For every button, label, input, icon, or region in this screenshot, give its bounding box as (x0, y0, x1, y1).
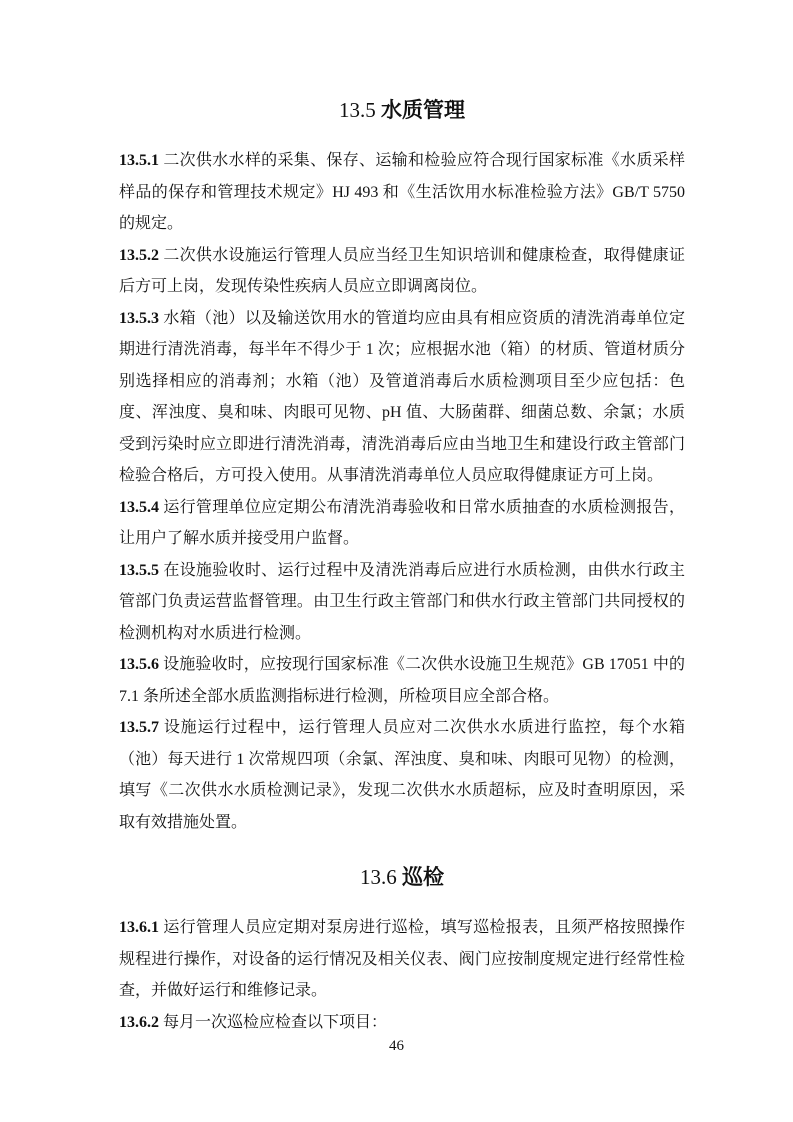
section-title: 13.6 巡检 (119, 863, 685, 891)
section-13-5: 13.5 水质管理 13.5.1 二次供水水样的采集、保存、运输和检验应符合现行… (119, 96, 685, 838)
paragraph: 13.5.7 设施运行过程中，运行管理人员应对二次供水水质进行监控，每个水箱（池… (119, 712, 685, 838)
section-13-6: 13.6 巡检 13.6.1 运行管理人员应定期对泵房进行巡检，填写巡检报表，且… (119, 863, 685, 1038)
section-number: 13.6 (360, 865, 397, 889)
clause-text: 水箱（池）以及输送饮用水的管道均应由具有相应资质的清洗消毒单位定期进行清洗消毒，… (119, 310, 685, 485)
clause-text: 二次供水设施运行管理人员应当经卫生知识培训和健康检查，取得健康证后方可上岗，发现… (119, 247, 685, 296)
clause-number: 13.5.1 (119, 152, 159, 169)
paragraph: 13.5.3 水箱（池）以及输送饮用水的管道均应由具有相应资质的清洗消毒单位定期… (119, 303, 685, 492)
clause-number: 13.5.2 (119, 247, 159, 264)
clause-text: 每月一次巡检应检查以下项目： (163, 1014, 387, 1031)
page-content: 13.5 水质管理 13.5.1 二次供水水样的采集、保存、运输和检验应符合现行… (0, 0, 793, 1038)
clause-number: 13.5.7 (119, 719, 159, 736)
clause-number: 13.5.4 (119, 499, 159, 516)
paragraph: 13.5.6 设施验收时，应按现行国家标准《二次供水设施卫生规范》GB 1705… (119, 649, 685, 712)
page-number: 46 (0, 1038, 793, 1055)
paragraph: 13.5.2 二次供水设施运行管理人员应当经卫生知识培训和健康检查，取得健康证后… (119, 240, 685, 303)
document-page: 13.5 水质管理 13.5.1 二次供水水样的采集、保存、运输和检验应符合现行… (0, 0, 793, 1122)
clause-text: 运行管理单位应定期公布清洗消毒验收和日常水质抽查的水质检测报告，让用户了解水质并… (119, 499, 685, 548)
clause-text: 设施验收时，应按现行国家标准《二次供水设施卫生规范》GB 17051 中的 7.… (119, 656, 685, 705)
clause-text: 二次供水水样的采集、保存、运输和检验应符合现行国家标准《水质采样样品的保存和管理… (119, 152, 685, 232)
section-name: 巡检 (402, 865, 444, 889)
paragraph: 13.5.1 二次供水水样的采集、保存、运输和检验应符合现行国家标准《水质采样样… (119, 145, 685, 240)
section-name: 水质管理 (381, 98, 465, 122)
paragraph: 13.5.4 运行管理单位应定期公布清洗消毒验收和日常水质抽查的水质检测报告，让… (119, 492, 685, 555)
clause-number: 13.5.5 (119, 562, 159, 579)
clause-number: 13.5.6 (119, 656, 159, 673)
paragraph: 13.6.1 运行管理人员应定期对泵房进行巡检，填写巡检报表，且须严格按照操作规… (119, 912, 685, 1007)
paragraph: 13.5.5 在设施验收时、运行过程中及清洗消毒后应进行水质检测，由供水行政主管… (119, 555, 685, 650)
section-title: 13.5 水质管理 (119, 96, 685, 124)
clause-text: 设施运行过程中，运行管理人员应对二次供水水质进行监控，每个水箱（池）每天进行 1… (119, 719, 685, 831)
clause-text: 运行管理人员应定期对泵房进行巡检，填写巡检报表，且须严格按照操作规程进行操作，对… (119, 919, 685, 999)
clause-text: 在设施验收时、运行过程中及清洗消毒后应进行水质检测，由供水行政主管部门负责运营监… (119, 562, 685, 642)
clause-number: 13.5.3 (119, 310, 159, 327)
paragraph: 13.6.2 每月一次巡检应检查以下项目： (119, 1007, 685, 1039)
clause-number: 13.6.2 (119, 1014, 159, 1031)
section-number: 13.5 (339, 98, 376, 122)
clause-number: 13.6.1 (119, 919, 159, 936)
